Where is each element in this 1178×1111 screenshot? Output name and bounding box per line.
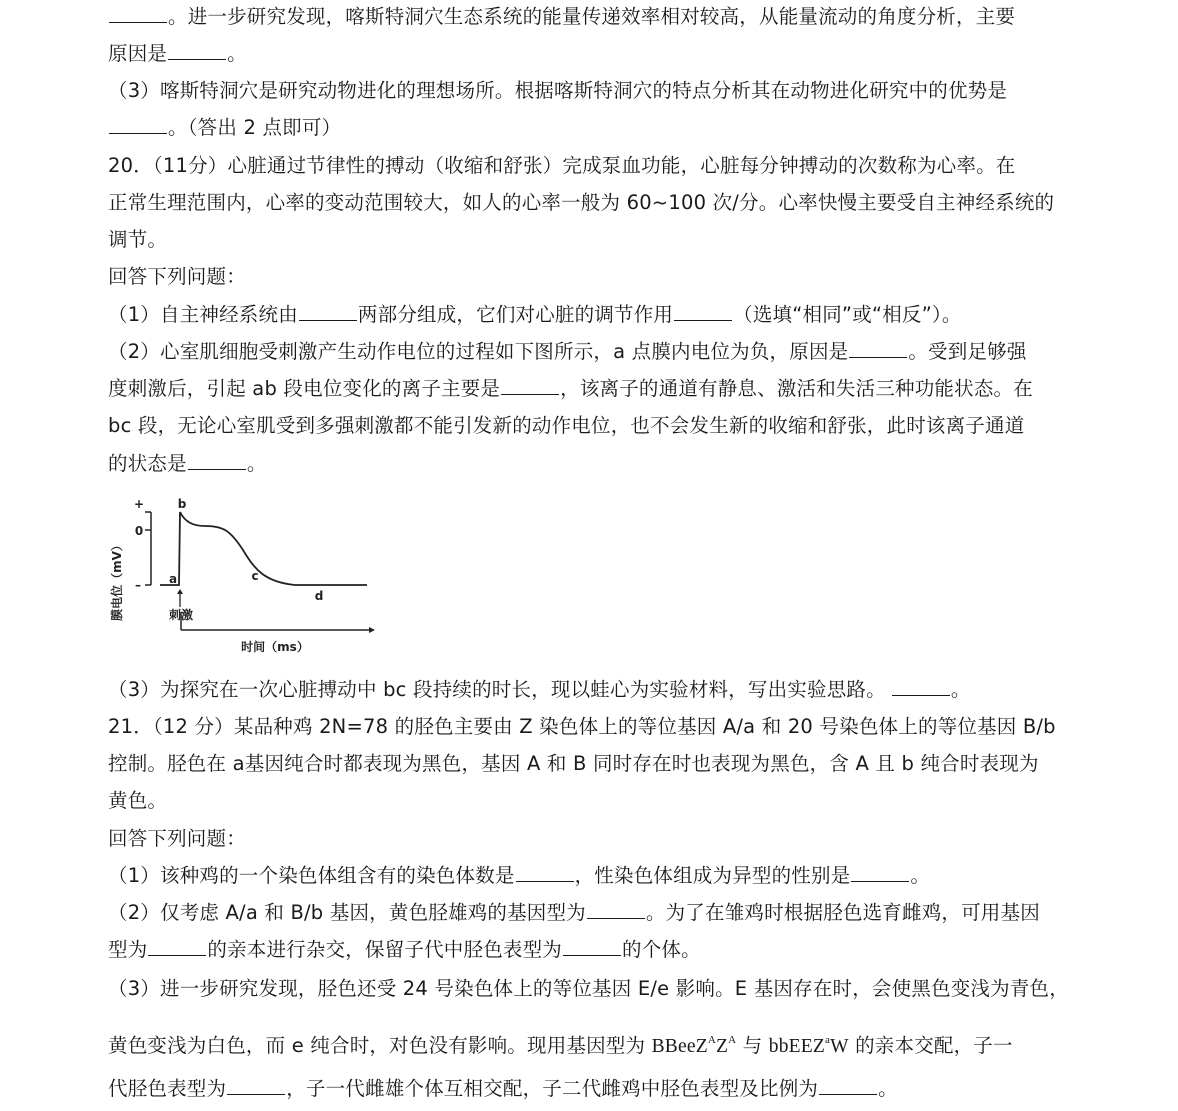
q21-part3-line-1: （3）进一步研究发现，胫色还受 24 号染色体上的等位基因 E/e 影响。E 基… <box>108 976 1069 1002</box>
q21-part3-line-2: 黄色变浅为白色，而 e 纯合时，对色没有影响。现用基因型为 BBeeZAZA 与… <box>108 1027 1013 1060</box>
answer-blank[interactable] <box>563 937 621 956</box>
y-tick-minus: – <box>135 578 141 592</box>
action-potential-figure: 膜电位（mV） + 0 – a b c d 刺激 时间（ms） <box>105 492 390 662</box>
q20-prompt: 回答下列问题： <box>108 264 246 290</box>
answer-blank[interactable] <box>227 1076 285 1095</box>
text: ，该离子的通道有静息、激活和失活三种功能状态。在 <box>560 377 1033 400</box>
answer-blank[interactable] <box>109 115 167 134</box>
answer-blank[interactable] <box>109 4 167 23</box>
x-axis-label: 时间（ms） <box>241 639 309 654</box>
genotype-parent-1: BBeeZAZA <box>652 1036 737 1057</box>
text: 代胫色表型为 <box>108 1077 226 1100</box>
q20-part1: （1）自主神经系统由两部分组成，它们对心脏的调节作用（选填“相同”或“相反”）。 <box>108 302 962 328</box>
text: bc 段，无论心室肌受到多强刺激都不能引发新的动作电位，也不会发生新的收缩和舒张… <box>108 414 1024 437</box>
text: 回答下列问题： <box>108 827 246 850</box>
text: 的个体。 <box>622 938 701 961</box>
q21-part3-line-3: 代胫色表型为，子一代雌雄个体互相交配，子二代雌鸡中胫色表型及比例为。 <box>108 1076 898 1102</box>
q20-intro-line-1: 20．（11分）心脏通过节律性的搏动（收缩和舒张）完成泵血功能，心脏每分钟搏动的… <box>108 153 1015 179</box>
text: W <box>830 1036 849 1057</box>
q21-part2-line-2: 型为的亲本进行杂交，保留子代中胫色表型为的个体。 <box>108 937 701 963</box>
y-axis-label: 膜电位（mV） <box>109 539 124 621</box>
q20-intro-line-2: 正常生理范围内，心率的变动范围较大，如人的心率一般为 60~100 次/分。心率… <box>108 190 1054 216</box>
text: （3）进一步研究发现，胫色还受 24 号染色体上的等位基因 E/e 影响。E 基… <box>108 977 1069 1000</box>
point-label-a: a <box>169 572 177 586</box>
text: 的状态是 <box>108 452 187 475</box>
text: ，子一代雌雄个体互相交配，子二代雌鸡中胫色表型及比例为 <box>286 1077 818 1100</box>
text: 。 <box>951 678 971 701</box>
text: （1）自主神经系统由 <box>108 303 298 326</box>
text: 正常生理范围内，心率的变动范围较大，如人的心率一般为 60~100 次/分。心率… <box>108 191 1054 214</box>
q20-part2-line-4: 的状态是。 <box>108 451 267 477</box>
text: （选填“相同”或“相反”）。 <box>733 303 961 326</box>
q20-part2-line-2: 度刺激后，引起 ab 段电位变化的离子主要是，该离子的通道有静息、激活和失活三种… <box>108 376 1033 402</box>
text: 黄色变浅为白色，而 e 纯合时，对色没有影响。现用基因型为 <box>108 1034 652 1057</box>
q19-line-2: 原因是。 <box>108 41 247 67</box>
point-label-c: c <box>251 569 258 583</box>
text: 20．（11分）心脏通过节律性的搏动（收缩和舒张）完成泵血功能，心脏每分钟搏动的… <box>108 154 1015 177</box>
answer-blank[interactable] <box>188 451 246 470</box>
answer-blank[interactable] <box>819 1076 877 1095</box>
text: 。受到足够强 <box>908 340 1026 363</box>
y-tick-zero: 0 <box>135 524 143 538</box>
point-label-d: d <box>315 589 324 603</box>
q20-part2-line-1: （2）心室肌细胞受刺激产生动作电位的过程如下图所示，a 点膜内电位为负，原因是。… <box>108 339 1027 365</box>
q20-intro-line-3: 调节。 <box>108 227 167 253</box>
answer-blank[interactable] <box>501 376 559 395</box>
text: 。 <box>227 42 247 65</box>
text: BBeeZ <box>652 1036 708 1057</box>
text: 的亲本进行杂交，保留子代中胫色表型为 <box>207 938 562 961</box>
text: bbEEZ <box>769 1036 825 1057</box>
answer-blank[interactable] <box>168 41 226 60</box>
text: 黄色。 <box>108 789 167 812</box>
text: 与 <box>736 1034 769 1057</box>
text: 。（答出 2 点即可） <box>168 116 341 139</box>
text: 的亲本交配，子一 <box>849 1034 1013 1057</box>
superscript: A <box>708 1034 716 1046</box>
answer-blank[interactable] <box>587 900 645 919</box>
q21-intro-line-3: 黄色。 <box>108 788 167 814</box>
text: ，性染色体组成为异型的性别是 <box>575 864 851 887</box>
text: 原因是 <box>108 42 167 65</box>
text: 控制。胫色在 a基因纯合时都表现为黑色，基因 A 和 B 同时存在时也表现为黑色… <box>108 752 1039 775</box>
answer-blank[interactable] <box>892 677 950 696</box>
answer-blank[interactable] <box>849 339 907 358</box>
text: （2）仅考虑 A/a 和 B/b 基因，黄色胫雄鸡的基因型为 <box>108 901 586 924</box>
answer-blank[interactable] <box>299 302 357 321</box>
q21-prompt: 回答下列问题： <box>108 826 246 852</box>
q21-intro-line-2: 控制。胫色在 a基因纯合时都表现为黑色，基因 A 和 B 同时存在时也表现为黑色… <box>108 751 1039 777</box>
text: 。为了在雏鸡时根据胫色选育雌鸡，可用基因 <box>646 901 1040 924</box>
text: 型为 <box>108 938 147 961</box>
genotype-parent-2: bbEEZaW <box>769 1036 849 1057</box>
text: 度刺激后，引起 ab 段电位变化的离子主要是 <box>108 377 500 400</box>
q19-line-1: 。进一步研究发现，喀斯特洞穴生态系统的能量传递效率相对较高，从能量流动的角度分析… <box>108 4 1015 30</box>
q20-part2-line-3: bc 段，无论心室肌受到多强刺激都不能引发新的动作电位，也不会发生新的收缩和舒张… <box>108 413 1024 439</box>
text: （2）心室肌细胞受刺激产生动作电位的过程如下图所示，a 点膜内电位为负，原因是 <box>108 340 848 363</box>
text: （3）为探究在一次心脏搏动中 bc 段持续的时长，现以蛙心为实验材料，写出实验思… <box>108 678 886 701</box>
text: 。 <box>910 864 930 887</box>
action-potential-graph: 膜电位（mV） + 0 – a b c d 刺激 时间（ms） <box>105 492 390 662</box>
q19-part3-line-1: （3）喀斯特洞穴是研究动物进化的理想场所。根据喀斯特洞穴的特点分析其在动物进化研… <box>108 78 1007 104</box>
q21-part2-line-1: （2）仅考虑 A/a 和 B/b 基因，黄色胫雄鸡的基因型为。为了在雏鸡时根据胫… <box>108 900 1040 926</box>
text: 21．（12 分）某品种鸡 2N=78 的胫色主要由 Z 染色体上的等位基因 A… <box>108 715 1056 738</box>
answer-blank[interactable] <box>516 863 574 882</box>
y-tick-plus: + <box>134 497 144 511</box>
text: 。 <box>878 1077 898 1100</box>
text: 两部分组成，它们对心脏的调节作用 <box>358 303 673 326</box>
text: 回答下列问题： <box>108 265 246 288</box>
point-label-b: b <box>178 497 187 511</box>
text: 。 <box>247 452 267 475</box>
q21-intro-line-1: 21．（12 分）某品种鸡 2N=78 的胫色主要由 Z 染色体上的等位基因 A… <box>108 714 1056 740</box>
action-potential-curve <box>160 512 367 585</box>
text: Z <box>716 1036 728 1057</box>
q20-part3: （3）为探究在一次心脏搏动中 bc 段持续的时长，现以蛙心为实验材料，写出实验思… <box>108 677 971 703</box>
text: （1）该种鸡的一个染色体组含有的染色体数是 <box>108 864 515 887</box>
text: （3）喀斯特洞穴是研究动物进化的理想场所。根据喀斯特洞穴的特点分析其在动物进化研… <box>108 79 1007 102</box>
q19-part3-line-2: 。（答出 2 点即可） <box>108 115 341 141</box>
answer-blank[interactable] <box>851 863 909 882</box>
answer-blank[interactable] <box>674 302 732 321</box>
text: 调节。 <box>108 228 167 251</box>
q21-part1: （1）该种鸡的一个染色体组含有的染色体数是，性染色体组成为异型的性别是。 <box>108 863 930 889</box>
answer-blank[interactable] <box>148 937 206 956</box>
text: 。进一步研究发现，喀斯特洞穴生态系统的能量传递效率相对较高，从能量流动的角度分析… <box>168 5 1015 28</box>
